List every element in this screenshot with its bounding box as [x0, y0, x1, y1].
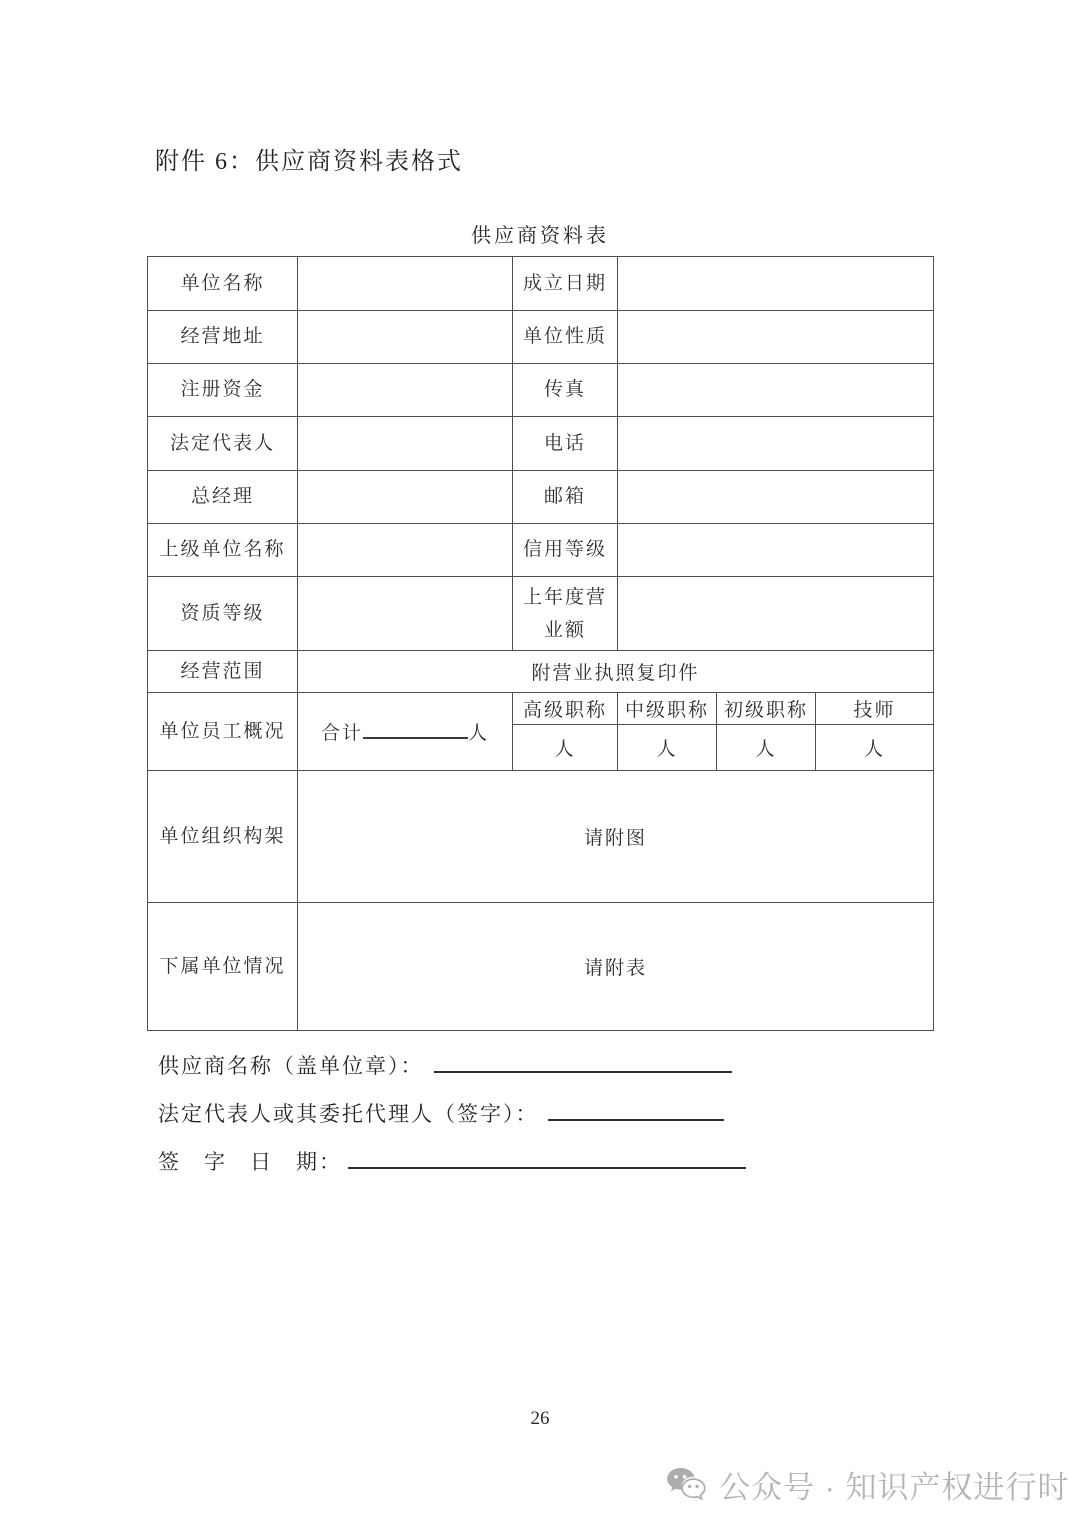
staff-total-blank-line: [363, 737, 468, 739]
unit-type-cell: [618, 311, 934, 364]
email-label: 邮箱: [513, 471, 618, 524]
table-row: 经营地址 单位性质: [148, 311, 934, 364]
parent-unit-cell: [298, 524, 513, 577]
org-structure-value: 请附图: [298, 771, 934, 903]
credit-rating-cell: [618, 524, 934, 577]
staff-total-cell: 合计人: [298, 693, 513, 771]
junior-title-header: 初级职称: [717, 693, 816, 725]
founding-date-cell: [618, 257, 934, 311]
table-row: 单位名称 成立日期: [148, 257, 934, 311]
signature-date-line: 签 字 日 期：: [158, 1146, 746, 1176]
page-number: 26: [0, 1408, 1080, 1430]
email-cell: [618, 471, 934, 524]
attachment-title: 附件 6：供应商资料表格式: [155, 141, 463, 176]
qualification-level-label: 资质等级: [148, 577, 298, 651]
unit-name-cell: [298, 257, 513, 311]
signature-blank-line: [434, 1071, 732, 1073]
business-address-label: 经营地址: [148, 311, 298, 364]
table-row: 总经理 邮箱: [148, 471, 934, 524]
org-structure-label: 单位组织构架: [148, 771, 298, 903]
annual-revenue-cell: [618, 577, 934, 651]
technician-count-cell: 人: [816, 725, 934, 771]
table-row: 上级单位名称 信用等级: [148, 524, 934, 577]
table-row: 单位组织构架 请附图: [148, 771, 934, 903]
legal-rep-signature-label: 法定代表人或其委托代理人（签字）：: [158, 1102, 539, 1126]
senior-count-cell: 人: [513, 725, 618, 771]
table-row: 下属单位情况 请附表: [148, 903, 934, 1031]
signature-date-label: 签 字 日 期：: [158, 1150, 342, 1174]
mid-title-header: 中级职称: [618, 693, 717, 725]
document-page: 附件 6：供应商资料表格式 供应商资料表 单位名称 成立日期 经营地址 单位性质…: [0, 0, 1080, 1529]
table-row: 法定代表人 电话: [148, 417, 934, 471]
phone-label: 电话: [513, 417, 618, 471]
unit-type-label: 单位性质: [513, 311, 618, 364]
watermark-text: 公众号 · 知识产权进行时: [719, 1462, 1070, 1507]
fax-label: 传真: [513, 364, 618, 417]
staff-total-prefix: 合计: [321, 723, 363, 744]
fax-cell: [618, 364, 934, 417]
legal-rep-signature-line: 法定代表人或其委托代理人（签字）：: [158, 1098, 724, 1128]
business-scope-label: 经营范围: [148, 651, 298, 693]
general-manager-cell: [298, 471, 513, 524]
registered-capital-label: 注册资金: [148, 364, 298, 417]
wechat-icon: [666, 1467, 708, 1503]
parent-unit-label: 上级单位名称: [148, 524, 298, 577]
wechat-watermark: 公众号 · 知识产权进行时: [666, 1462, 1070, 1507]
staff-overview-label: 单位员工概况: [148, 693, 298, 771]
legal-representative-label: 法定代表人: [148, 417, 298, 471]
table-row: 资质等级 上年度营业额: [148, 577, 934, 651]
supplier-name-signature-line: 供应商名称（盖单位章）：: [158, 1050, 732, 1080]
signature-blank-line: [548, 1119, 724, 1121]
phone-cell: [618, 417, 934, 471]
senior-title-header: 高级职称: [513, 693, 618, 725]
legal-representative-cell: [298, 417, 513, 471]
credit-rating-label: 信用等级: [513, 524, 618, 577]
supplier-info-table: 单位名称 成立日期 经营地址 单位性质 注册资金 传真 法定代表人 电话: [147, 256, 934, 1031]
mid-count-cell: 人: [618, 725, 717, 771]
junior-count-cell: 人: [717, 725, 816, 771]
technician-header: 技师: [816, 693, 934, 725]
subsidiaries-value: 请附表: [298, 903, 934, 1031]
staff-header-row: 单位员工概况 合计人 高级职称 中级职称 初级职称 技师: [148, 693, 934, 725]
business-scope-value: 附营业执照复印件: [298, 651, 934, 693]
table-row: 经营范围 附营业执照复印件: [148, 651, 934, 693]
table-caption: 供应商资料表: [0, 219, 1080, 248]
general-manager-label: 总经理: [148, 471, 298, 524]
table-row: 注册资金 传真: [148, 364, 934, 417]
annual-revenue-label: 上年度营业额: [513, 577, 618, 651]
staff-total-suffix: 人: [468, 723, 489, 744]
founding-date-label: 成立日期: [513, 257, 618, 311]
qualification-level-cell: [298, 577, 513, 651]
supplier-name-signature-label: 供应商名称（盖单位章）：: [158, 1054, 424, 1078]
signature-blank-line: [348, 1167, 746, 1169]
business-address-cell: [298, 311, 513, 364]
registered-capital-cell: [298, 364, 513, 417]
unit-name-label: 单位名称: [148, 257, 298, 311]
subsidiaries-label: 下属单位情况: [148, 903, 298, 1031]
